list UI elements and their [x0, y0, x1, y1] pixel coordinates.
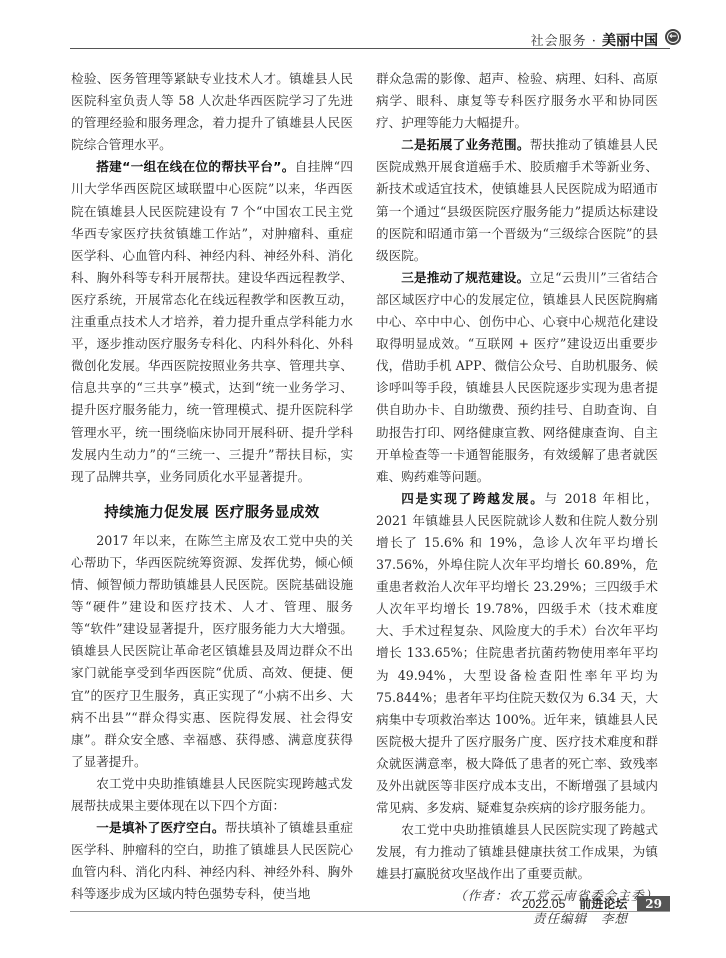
paragraph-body: 帮扶推动了镇雄县人民医院成熟开展食道癌手术、胶质瘤手术等新业务、新技术或适宜技术…: [376, 137, 658, 262]
paragraph-body: 立足“云贵川”三省结合部区域医疗中心的发展定位，镇雄县人民医院胸痛中心、卒中中心…: [376, 270, 658, 484]
right-column: 群众急需的影像、超声、检验、病理、妇科、高原病学、眼科、康复等专科医疗服务水平和…: [376, 68, 658, 930]
paragraph-lead: 三是推动了规范建设。: [401, 270, 529, 285]
paragraph-lead: 四是实现了跨越发展。: [401, 491, 544, 506]
back-arrow-circle-icon: ←: [665, 29, 681, 45]
footer-rule: [70, 911, 670, 912]
paragraph-lead: 搭建“一组在线在位的帮扶平台”。: [96, 159, 295, 174]
paragraph: 二是拓展了业务范围。帮扶推动了镇雄县人民医院成熟开展食道癌手术、胶质瘤手术等新业…: [376, 134, 658, 267]
left-column: 检验、医务管理等紧缺专业技术人才。镇雄县人民医院科室负责人等 58 人次赴华西医…: [71, 68, 353, 905]
paragraph-lead: 二是拓展了业务范围。: [401, 137, 530, 152]
page-number: 29: [637, 896, 670, 912]
section-heading: 持续施力促发展 医疗服务显成效: [71, 502, 353, 524]
paragraph: 农工党中央助推镇雄县人民医院实现跨越式发展帮扶成果主要体现在以下四个方面：: [71, 773, 353, 817]
paragraph: 农工党中央助推镇雄县人民医院实现了跨越式发展，有力推动了镇雄县健康扶贫工作成果，…: [376, 819, 658, 885]
magazine-name: 前进论坛: [579, 895, 627, 912]
issue-date: 2022.05: [522, 897, 565, 911]
paragraph: 群众急需的影像、超声、检验、病理、妇科、高原病学、眼科、康复等专科医疗服务水平和…: [376, 68, 658, 134]
paragraph: 一是填补了医疗空白。帮扶填补了镇雄县重症医学科、肿瘤科的空白，助推了镇雄县人民医…: [71, 817, 353, 905]
header-section-label: 社会服务 ·: [531, 34, 602, 49]
paragraph: 三是推动了规范建设。立足“云贵川”三省结合部区域医疗中心的发展定位，镇雄县人民医…: [376, 267, 658, 488]
page-footer: 2022.05 前进论坛 29: [522, 895, 670, 912]
paragraph-body: 自挂牌“四川大学华西医院区域联盟中心医院”以来，华西医院在镇雄县人民医院建设有 …: [71, 159, 353, 483]
paragraph: 2017 年以来，在陈竺主席及农工党中央的关心帮助下，华西医院统筹资源、发挥优势…: [71, 530, 353, 773]
running-header: 社会服务 · 美丽中国: [531, 30, 658, 50]
paragraph: 搭建“一组在线在位的帮扶平台”。自挂牌“四川大学华西医院区域联盟中心医院”以来，…: [71, 156, 353, 487]
paragraph-lead: 一是填补了医疗空白。: [96, 820, 225, 835]
header-brand-label: 美丽中国: [602, 33, 658, 49]
paragraph: 四是实现了跨越发展。与 2018 年相比，2021 年镇雄县人民医院就诊人数和住…: [376, 488, 658, 819]
paragraph: 检验、医务管理等紧缺专业技术人才。镇雄县人民医院科室负责人等 58 人次赴华西医…: [71, 68, 353, 156]
paragraph-body: 与 2018 年相比，2021 年镇雄县人民医院就诊人数和住院人数分别增长了 1…: [376, 491, 658, 815]
